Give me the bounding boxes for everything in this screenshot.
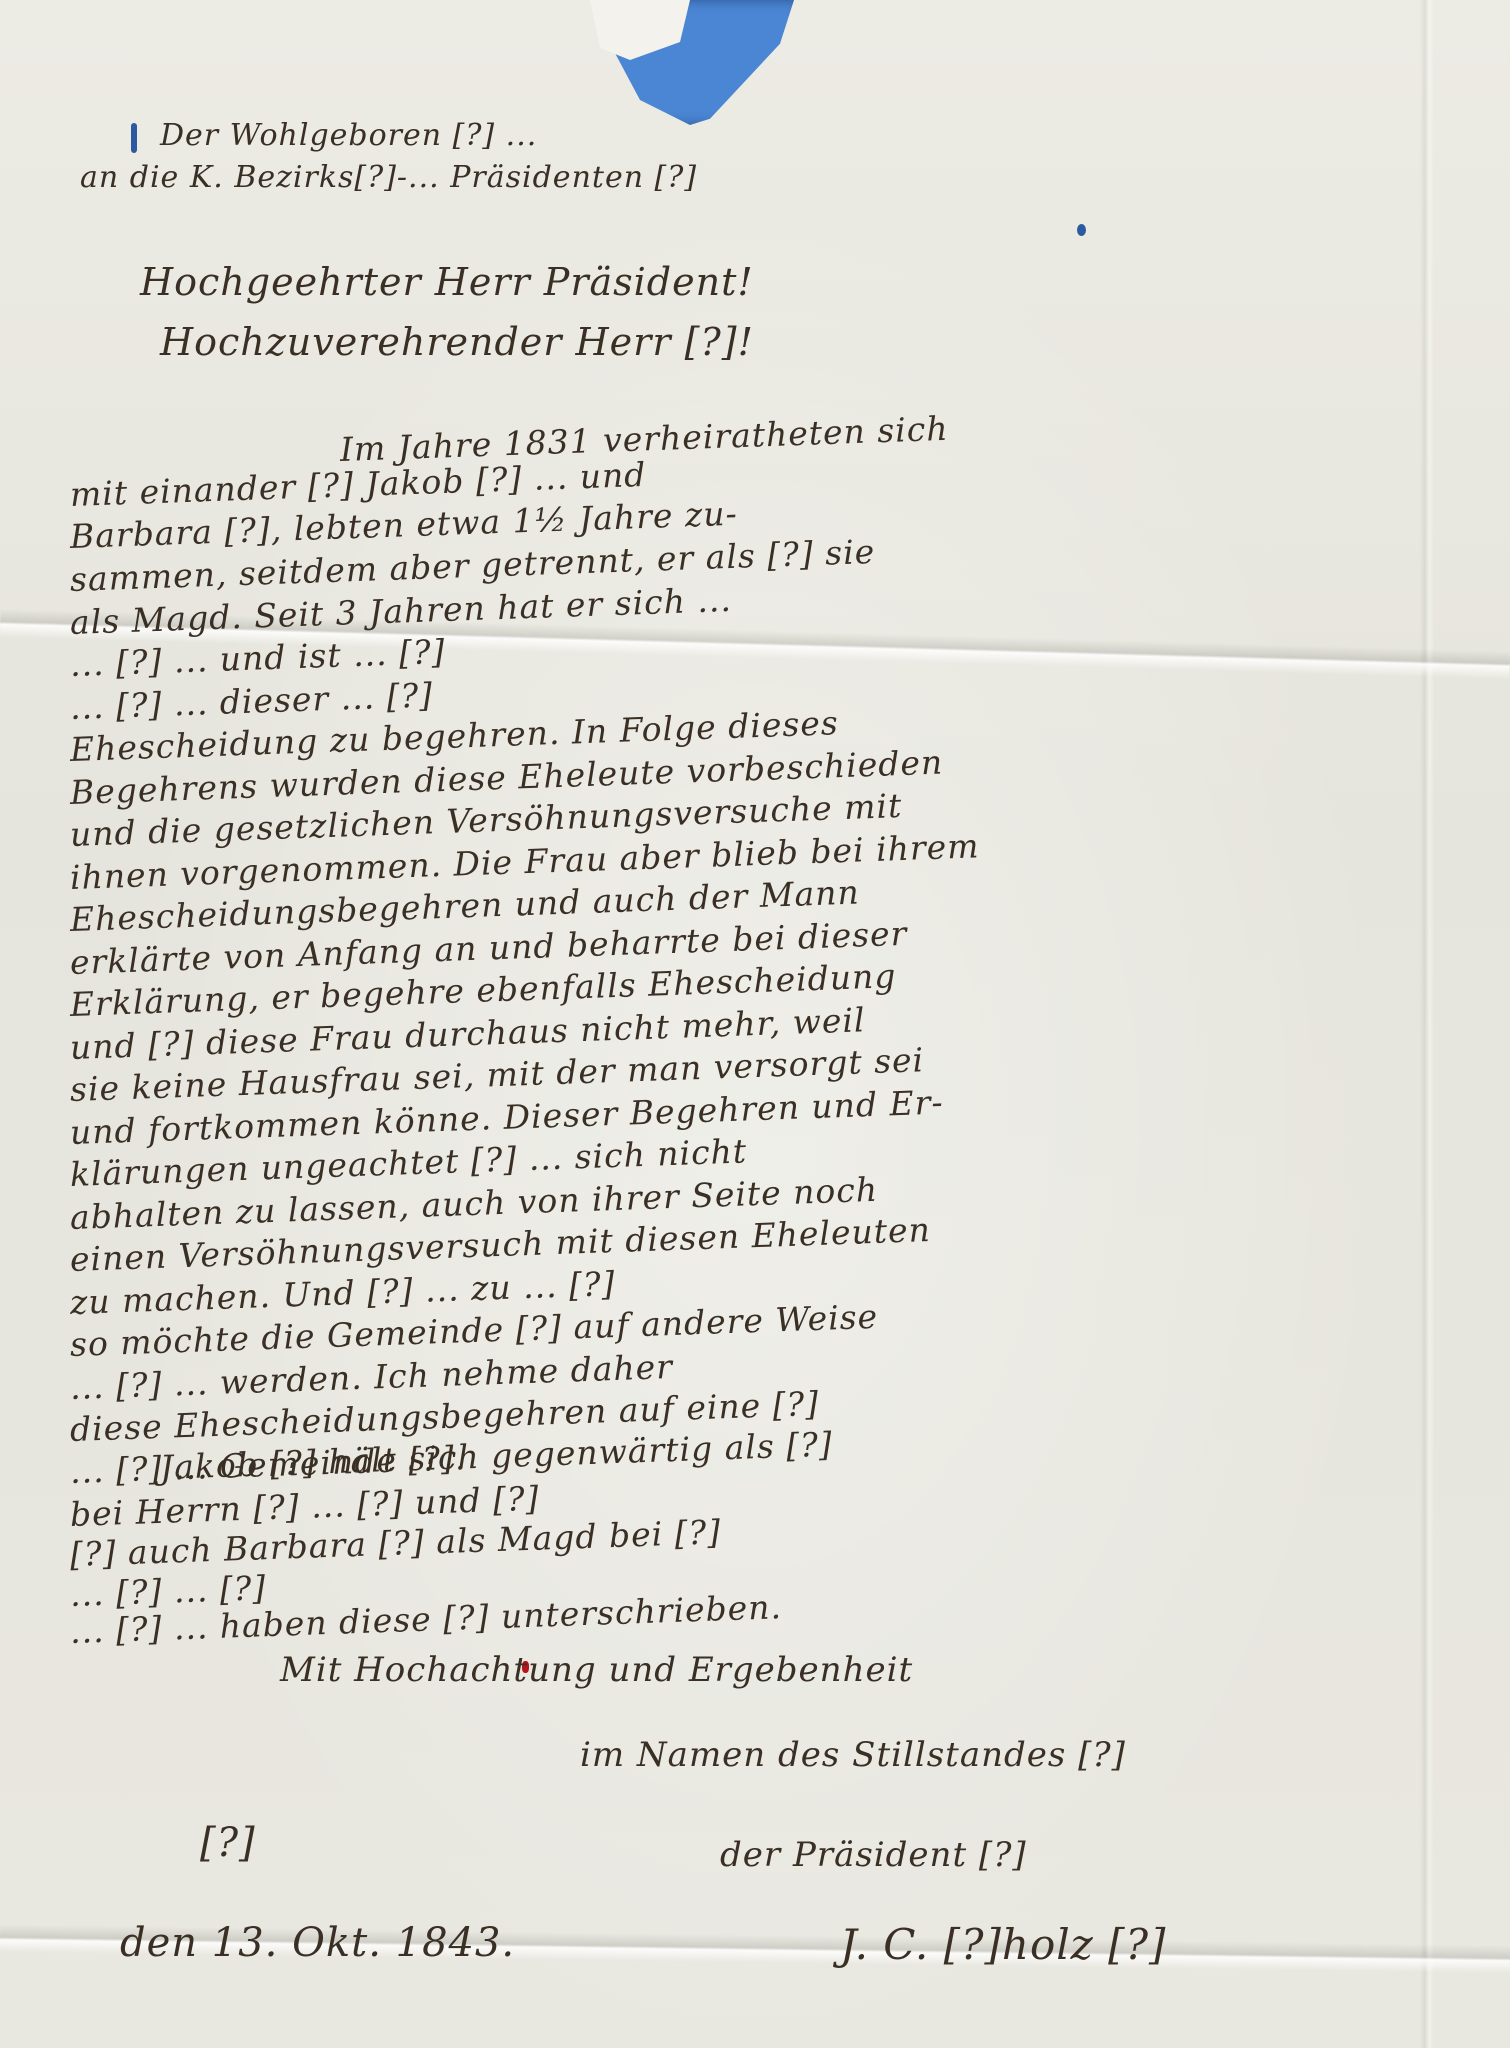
closing-line-1: Mit Hochachtung und Ergebenheit: [280, 1650, 913, 1690]
closing-line-2: im Namen des Stillstandes [?]: [580, 1735, 1126, 1775]
letter-date: den 13. Okt. 1843.: [120, 1920, 515, 1966]
salutation-line-1: Hochgeehrter Herr Präsident!: [140, 260, 754, 304]
vertical-fold: [1420, 0, 1434, 2048]
pinhole: [1077, 224, 1086, 236]
pinhole: [131, 123, 137, 153]
closing-line-3: der Präsident [?]: [720, 1835, 1027, 1875]
address-line-1: Der Wohlgeboren [?] ...: [160, 118, 537, 153]
place-name: [?]: [200, 1820, 256, 1866]
address-line-2: an die K. Bezirks[?]-... Präsidenten [?]: [80, 160, 697, 195]
signature: J. C. [?]holz [?]: [840, 1920, 1166, 1969]
salutation-line-2: Hochzuverehrender Herr [?]!: [160, 320, 754, 364]
